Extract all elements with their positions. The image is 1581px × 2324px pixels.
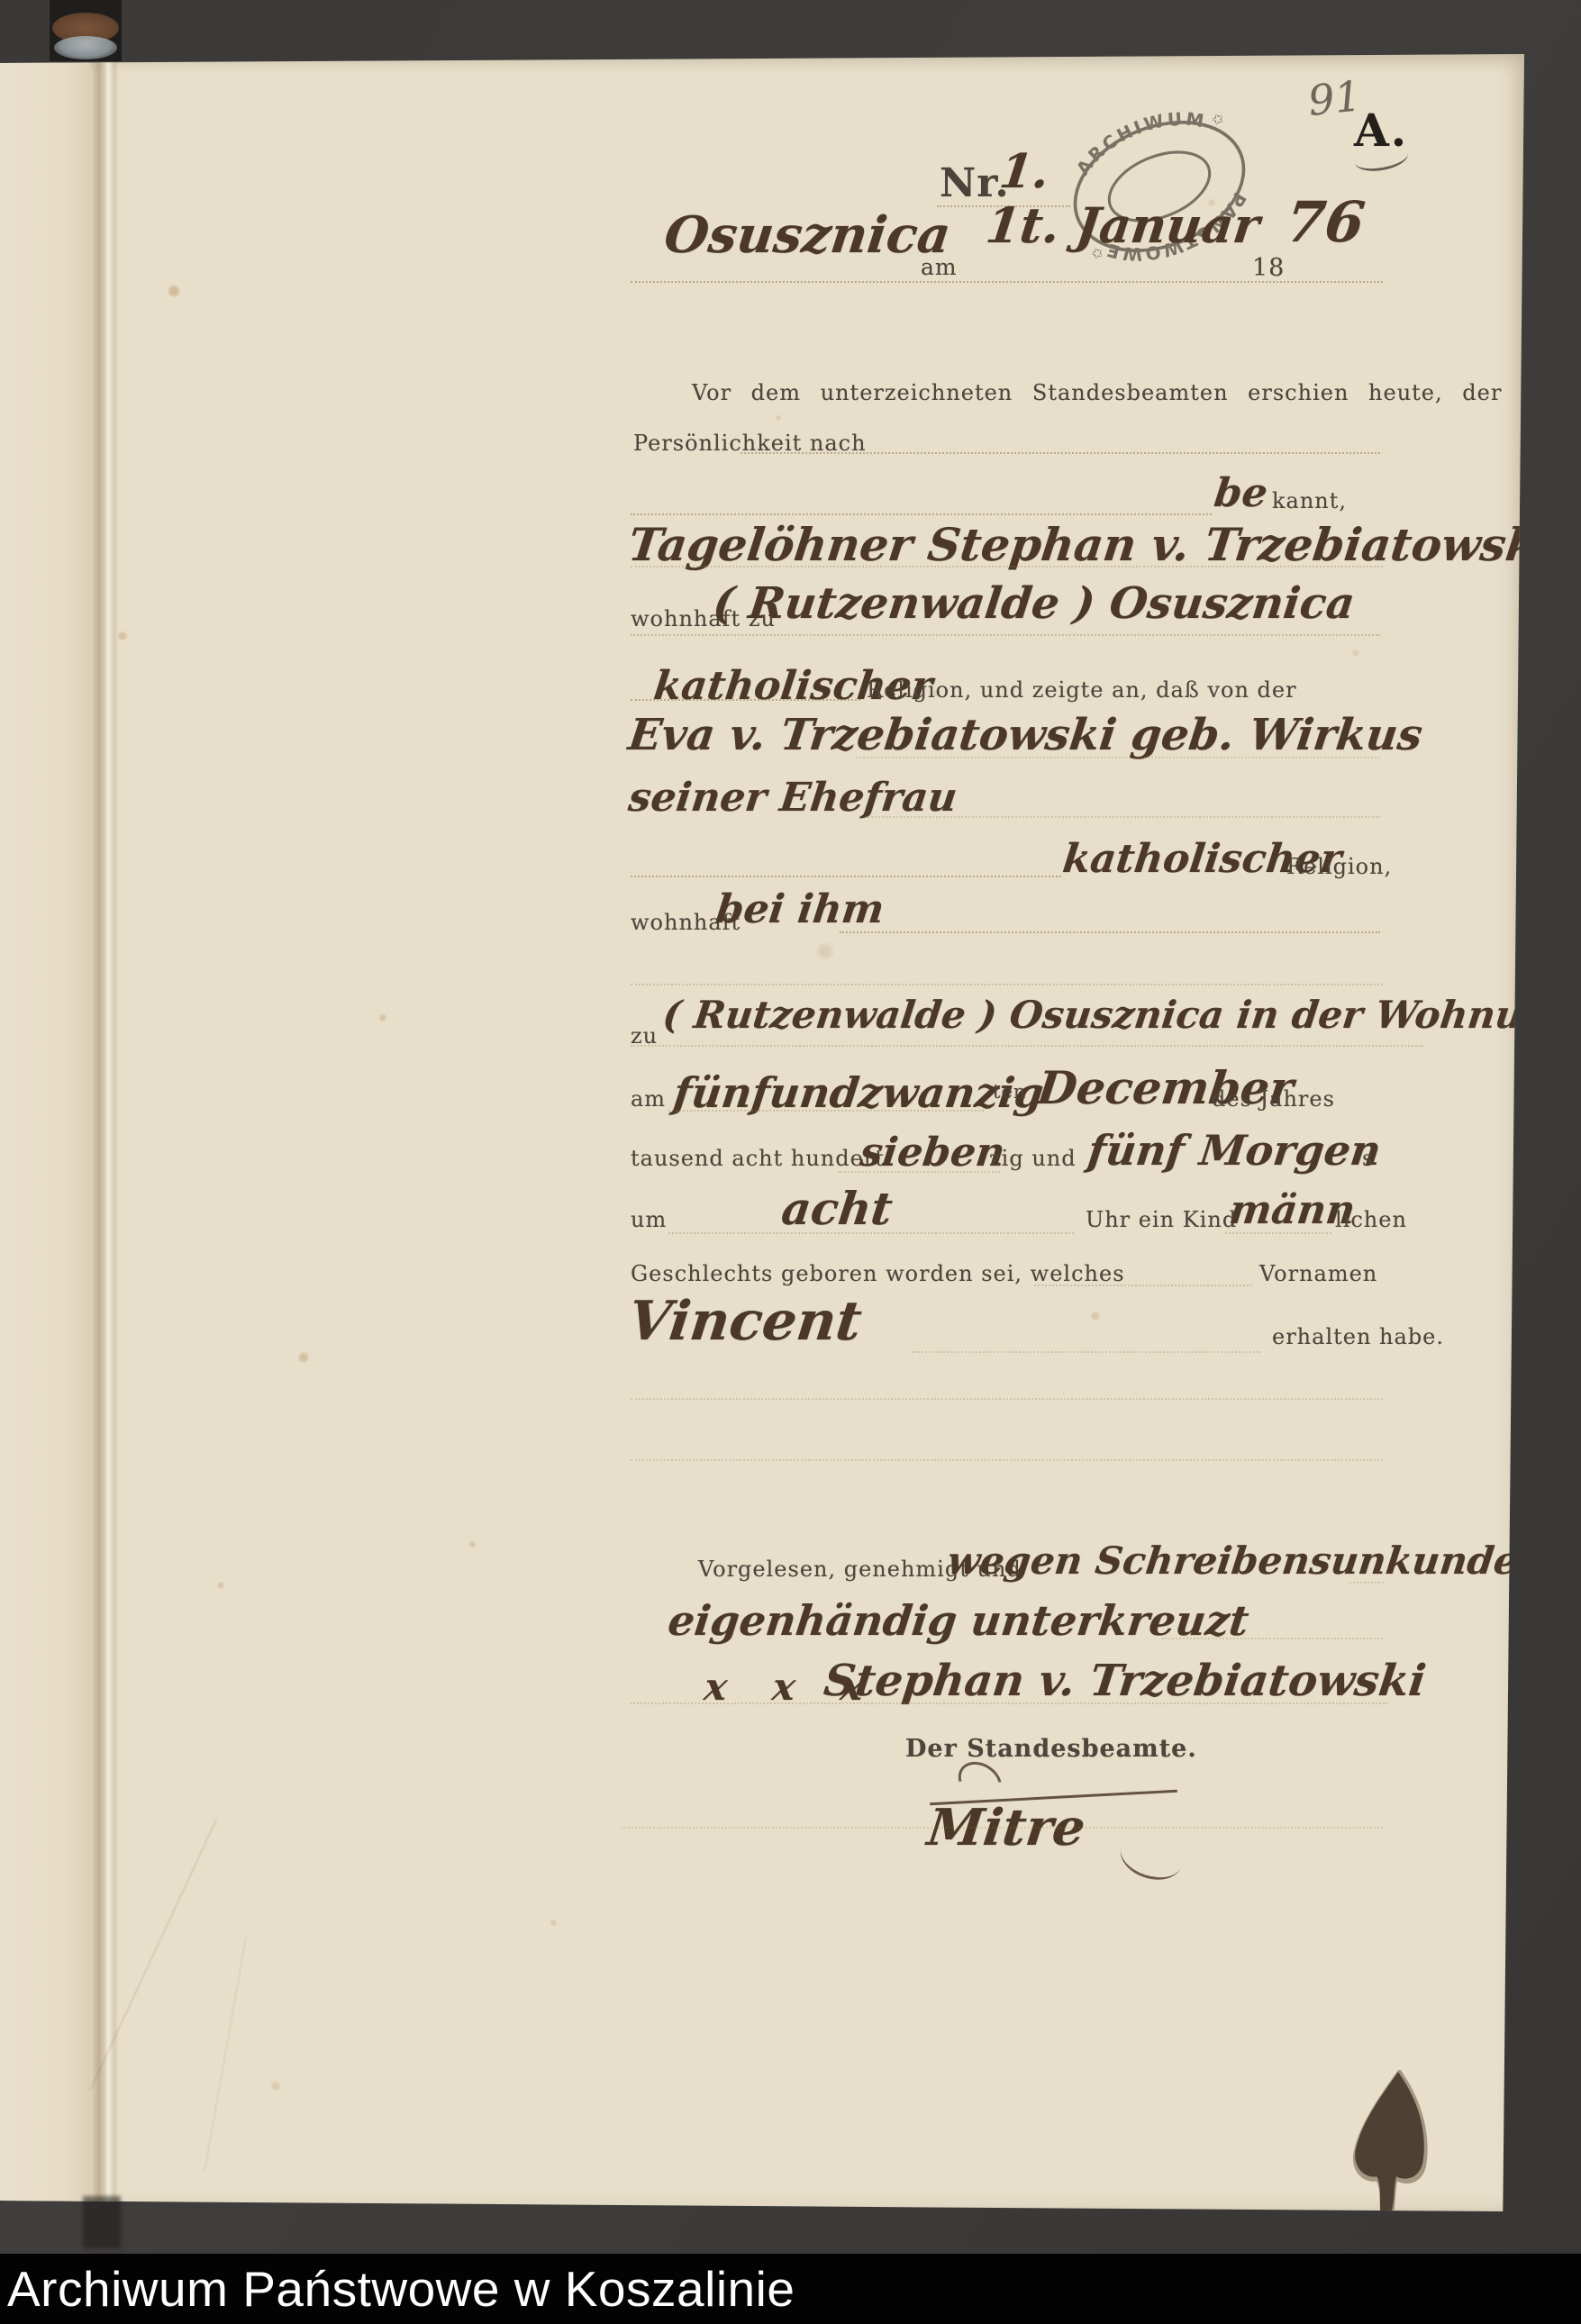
uhr-ein-kind-label: Uhr ein Kind [1086, 1207, 1237, 1232]
binding-stitching [54, 36, 117, 59]
registrar-signature-tail [1114, 1843, 1183, 1887]
year-unit-value: fünf [1086, 1126, 1187, 1175]
lichen-label: lichen [1335, 1207, 1407, 1232]
rule-bei-ihm [840, 931, 1380, 933]
binding-shadow-bottom [83, 2196, 121, 2248]
rule-religion1 [631, 699, 860, 701]
bei-ihm-value: bei ihm [713, 886, 886, 932]
rule-registrar [622, 1827, 1383, 1829]
rule-declarant [631, 566, 1383, 567]
register-page: 91 A. ARCHIWUM PAŃSTWOWE ✩ ✩ Nr. 1. Osus… [0, 54, 1524, 2211]
erhalten-habe-label: erhalten habe. [1272, 1324, 1444, 1349]
rule-closing-1 [1349, 1582, 1384, 1584]
mother-name: Eva v. Trzebiatowski geb. Wirkus [626, 710, 1425, 760]
rule-child-name [912, 1351, 1261, 1353]
svg-text:ARCHIWUM: ARCHIWUM [1064, 91, 1214, 183]
rule-residence [631, 634, 1380, 636]
kannt-printed: kannt, [1272, 488, 1347, 513]
rule-blank-2 [631, 1398, 1383, 1400]
stamp-text-top: ARCHIWUM [1064, 91, 1214, 183]
geschlechts-line: Geschlechts geboren worden sei, welches [631, 1261, 1125, 1286]
rule-year [838, 1171, 1000, 1173]
rule-bekannt [631, 513, 1212, 515]
intro-line: Vor dem unterzeichneten Standesbeamten e… [692, 380, 1502, 405]
rule-date [631, 281, 1383, 283]
record-number-value: 1. [996, 144, 1052, 199]
mother-role: seiner Ehefrau [626, 775, 959, 821]
rule-birth-place [631, 1045, 1423, 1047]
religion2-printed: Religion, [1286, 854, 1392, 879]
rule-hour-right [1225, 1232, 1331, 1234]
am-label: am [921, 254, 958, 280]
ten-suffix: ten [993, 1081, 1026, 1103]
zig-und-label: zig und [989, 1146, 1077, 1171]
page-fold-crease [88, 54, 119, 2211]
child-name: Vincent [625, 1290, 866, 1353]
registrar-label: Der Standesbeamte. [905, 1735, 1197, 1763]
previous-page-edge [0, 54, 90, 2211]
date-written: 1t. Januar [983, 196, 1262, 254]
ink-blot [1344, 2070, 1452, 2214]
rule-mother-role [865, 816, 1380, 818]
rule-birth-day [668, 1110, 984, 1112]
rule-blank-1 [631, 984, 1383, 985]
des-jahres-label: des Jahres [1212, 1086, 1335, 1112]
rule-blank-3 [631, 1459, 1383, 1461]
rule-sex [1034, 1285, 1252, 1286]
residence-value: ( Rutzenwalde ) Osusznica [711, 578, 1358, 629]
rule-closing-2 [1162, 1638, 1383, 1639]
year-written: 76 [1283, 189, 1368, 255]
rule-signature [631, 1702, 1387, 1704]
be-handwritten: be [1212, 470, 1270, 516]
closing-reason: wegen Schreibensunkunde [945, 1539, 1521, 1583]
tausend-label: tausend acht hundert [631, 1146, 885, 1171]
um-label: um [631, 1207, 667, 1232]
hour-value: acht [778, 1182, 895, 1235]
s-suffix: s [1362, 1146, 1374, 1171]
declarant-name: Tagelöhner Stephan v. Trzebiatowski [625, 518, 1558, 571]
rule-religion2 [631, 876, 1061, 877]
scanned-document-view: 91 A. ARCHIWUM PAŃSTWOWE ✩ ✩ Nr. 1. Osus… [0, 0, 1581, 2324]
rule-identity [741, 452, 1380, 454]
year-printed: 18 [1252, 254, 1285, 282]
archive-caption-text: Archiwum Państwowe w Koszalinie [0, 2260, 795, 2318]
time-of-day-value: Morgen [1197, 1126, 1384, 1175]
place-name: Osusznica [661, 205, 954, 265]
archive-caption-bar: Archiwum Państwowe w Koszalinie [0, 2254, 1581, 2324]
rule-mother [856, 757, 1380, 758]
signature-declarant: Stephan v. Trzebiatowski [822, 1656, 1429, 1706]
vornamen-label: Vornamen [1259, 1261, 1377, 1286]
religion1-printed: Religion, und zeigte an, daß von der [867, 677, 1297, 703]
rule-hour-left [668, 1232, 1074, 1234]
archive-stamp: ARCHIWUM PAŃSTWOWE ✩ ✩ [1035, 77, 1285, 296]
am2-label: am [631, 1086, 666, 1112]
decade-value: sieben [858, 1130, 1007, 1176]
birth-place-value: ( Rutzenwalde ) Osusznica in der Wohnung… [660, 993, 1581, 1037]
